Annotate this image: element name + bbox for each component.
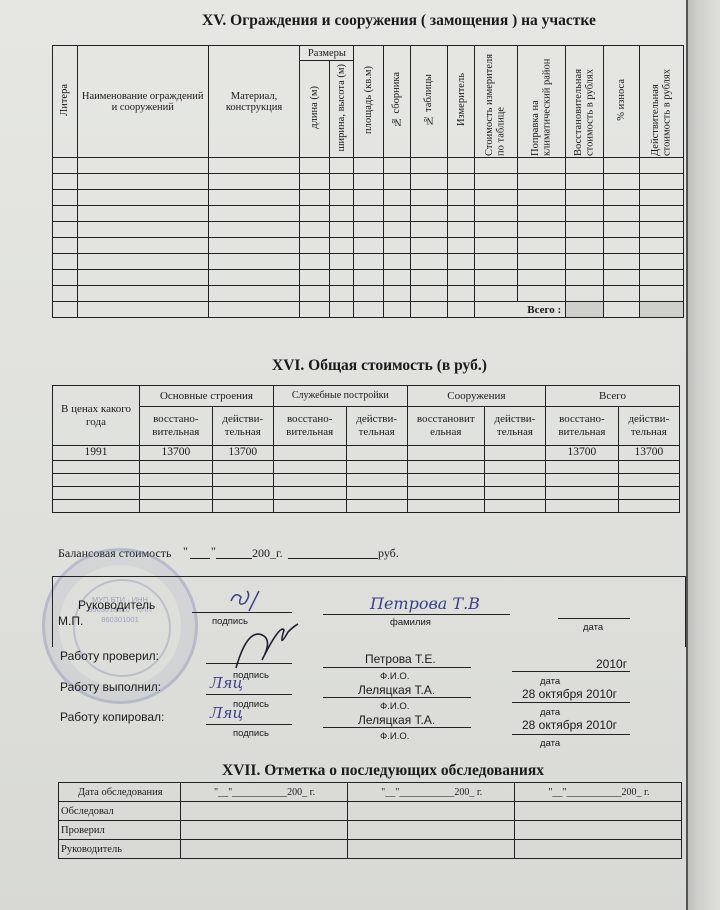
table-cell[interactable] — [566, 190, 604, 206]
table-cell[interactable] — [300, 174, 329, 190]
balance-month-field[interactable] — [216, 558, 252, 559]
table-cell[interactable] — [517, 270, 566, 286]
checked-date-line[interactable] — [512, 671, 630, 672]
checked-signature-line[interactable] — [206, 663, 292, 664]
table-row — [53, 487, 680, 500]
table-cell[interactable] — [639, 270, 683, 286]
cost-cell[interactable] — [346, 446, 407, 461]
header-meter-cost: Стоимость измерителя по таблице — [475, 46, 517, 158]
cost-cell[interactable] — [484, 461, 545, 474]
table-cell[interactable] — [448, 174, 475, 190]
balance-amount-field[interactable] — [288, 558, 378, 559]
table-cell[interactable] — [603, 270, 639, 286]
table-cell[interactable] — [329, 286, 354, 302]
cost-cell[interactable] — [618, 500, 679, 513]
table-cell[interactable] — [566, 254, 604, 270]
year-cell[interactable]: 1991 — [53, 446, 140, 461]
table-cell[interactable] — [53, 206, 78, 222]
table-cell[interactable] — [448, 158, 475, 174]
page-edge — [686, 0, 720, 910]
table-row — [53, 286, 684, 302]
table-cell[interactable] — [77, 270, 208, 286]
checked-cell-1[interactable] — [180, 821, 347, 840]
cost-cell[interactable] — [618, 474, 679, 487]
checked-fio-caption: Ф.И.О. — [380, 671, 409, 682]
table-cell[interactable] — [53, 254, 78, 270]
head-label: Руководитель — [78, 598, 155, 612]
table-cell[interactable] — [639, 222, 683, 238]
checked-cell-2[interactable] — [347, 821, 514, 840]
table-cell[interactable] — [354, 206, 383, 222]
cost-cell[interactable] — [273, 461, 346, 474]
table-cell[interactable] — [566, 206, 604, 222]
cost-cell[interactable]: 13700 — [618, 446, 679, 461]
checked-label: Работу проверил: — [60, 649, 159, 663]
row-label-head: Руководитель — [59, 840, 181, 859]
header-dimensions: Размеры — [300, 46, 354, 61]
cost-cell[interactable]: 13700 — [212, 446, 273, 461]
table-cell[interactable] — [475, 174, 517, 190]
table-cell[interactable] — [603, 190, 639, 206]
header-length: длина (м) — [300, 61, 329, 158]
checked-fio: Петрова Т.Е. — [365, 652, 436, 666]
table-cell[interactable] — [603, 206, 639, 222]
group-service-buildings: Служебные постройки — [273, 386, 407, 407]
table-cell[interactable] — [475, 270, 517, 286]
table-cell[interactable] — [77, 158, 208, 174]
table-cell[interactable] — [566, 174, 604, 190]
section-17-title: XVII. Отметка о последующих обследования… — [222, 762, 544, 780]
section-15-title: XV. Ограждения и сооружения ( замощения … — [202, 12, 596, 30]
table-cell[interactable] — [354, 190, 383, 206]
table-row — [53, 254, 684, 270]
table-cell[interactable] — [410, 238, 448, 254]
table-cell[interactable] — [448, 254, 475, 270]
table-cell[interactable] — [639, 190, 683, 206]
table-cell[interactable] — [639, 238, 683, 254]
group-total: Всего — [546, 386, 680, 407]
table-cell[interactable] — [566, 270, 604, 286]
table-cell[interactable] — [410, 254, 448, 270]
copied-fio-line[interactable] — [323, 727, 471, 728]
inspection-date-2[interactable]: "__"___________200_ г. — [347, 783, 514, 802]
total-wear-cell[interactable] — [603, 302, 639, 318]
table-cell[interactable] — [517, 158, 566, 174]
header-wear-percent: % износа — [603, 46, 639, 158]
header-material: Материал, конструкция — [208, 46, 300, 158]
table-cell[interactable] — [208, 254, 300, 270]
table-cell[interactable] — [383, 270, 410, 286]
table-cell[interactable] — [639, 174, 683, 190]
table-cell[interactable] — [475, 238, 517, 254]
cost-cell[interactable] — [484, 474, 545, 487]
cost-cell[interactable] — [407, 500, 484, 513]
table-cell[interactable] — [329, 270, 354, 286]
table-cell[interactable] — [603, 222, 639, 238]
cost-cell[interactable] — [140, 487, 213, 500]
table-cell[interactable] — [77, 222, 208, 238]
table-cell[interactable] — [475, 190, 517, 206]
table-cell[interactable] — [383, 254, 410, 270]
header-table-no: № таблицы — [410, 46, 448, 158]
year-cell[interactable] — [53, 461, 140, 474]
table-cell[interactable] — [448, 222, 475, 238]
table-cell[interactable] — [410, 206, 448, 222]
table-cell[interactable] — [77, 174, 208, 190]
cost-cell[interactable] — [140, 461, 213, 474]
cost-cell[interactable] — [407, 446, 484, 461]
table-cell[interactable] — [475, 222, 517, 238]
cost-cell[interactable] — [546, 474, 619, 487]
total-cost-table: В ценах какого года Основные строения Сл… — [52, 385, 680, 513]
table-cell[interactable] — [603, 174, 639, 190]
table-cell[interactable] — [448, 286, 475, 302]
table-row: 199113700137001370013700 — [53, 446, 680, 461]
table-row — [53, 158, 684, 174]
year-cell[interactable] — [53, 500, 140, 513]
fences-structures-table: Литера Наименование ограждений и сооруже… — [52, 45, 684, 318]
balance-day-field[interactable] — [190, 558, 210, 559]
copied-label: Работу копировал: — [60, 710, 164, 724]
table-cell[interactable] — [410, 174, 448, 190]
cost-cell[interactable] — [484, 500, 545, 513]
table-cell[interactable] — [475, 158, 517, 174]
copied-date-line[interactable] — [512, 734, 630, 735]
table-cell[interactable] — [410, 190, 448, 206]
table-cell[interactable] — [300, 190, 329, 206]
table-cell[interactable] — [603, 286, 639, 302]
cost-cell[interactable] — [346, 487, 407, 500]
table-row — [53, 190, 684, 206]
inspected-cell-3[interactable] — [514, 802, 681, 821]
cost-cell[interactable]: 13700 — [140, 446, 213, 461]
performed-date: 28 октября 2010г — [522, 687, 617, 701]
inspected-cell-1[interactable] — [180, 802, 347, 821]
table-cell[interactable] — [410, 222, 448, 238]
head-cell-3[interactable] — [514, 840, 681, 859]
checked-date-caption: дата — [540, 676, 560, 687]
cost-cell[interactable] — [273, 500, 346, 513]
table-cell[interactable] — [603, 254, 639, 270]
row-label-inspected: Обследовал — [59, 802, 181, 821]
table-cell[interactable] — [329, 222, 354, 238]
checked-fio-line[interactable] — [323, 667, 471, 668]
table-cell[interactable] — [53, 174, 78, 190]
cost-cell[interactable] — [618, 461, 679, 474]
table-cell[interactable] — [383, 222, 410, 238]
cost-cell[interactable] — [407, 487, 484, 500]
cost-cell[interactable] — [346, 500, 407, 513]
subheader-2: восстано-вительная — [273, 407, 346, 446]
cost-cell[interactable] — [407, 461, 484, 474]
table-row — [53, 238, 684, 254]
header-collection-no: № сборника — [383, 46, 410, 158]
copied-signature-caption: подпись — [233, 728, 269, 739]
table-cell[interactable] — [383, 238, 410, 254]
table-cell[interactable] — [383, 286, 410, 302]
performed-fio-line[interactable] — [323, 697, 471, 698]
cost-cell[interactable] — [618, 487, 679, 500]
table-cell[interactable] — [77, 238, 208, 254]
copied-date-caption: дата — [540, 738, 560, 749]
cost-cell[interactable] — [212, 500, 273, 513]
row-label-checked: Проверил — [59, 821, 181, 840]
cost-cell[interactable] — [346, 461, 407, 474]
table-cell[interactable] — [383, 174, 410, 190]
inspections-table: Дата обследования "__"___________200_ г.… — [58, 782, 682, 859]
table-cell[interactable] — [300, 222, 329, 238]
header-litera: Литера — [53, 46, 78, 158]
table-cell[interactable] — [639, 254, 683, 270]
inspection-date-3[interactable]: "__"___________200_ г. — [514, 783, 681, 802]
subheader-0: восстано-вительная — [140, 407, 213, 446]
table-cell[interactable] — [517, 222, 566, 238]
table-cell[interactable] — [300, 238, 329, 254]
cost-cell[interactable] — [273, 487, 346, 500]
table-cell[interactable] — [300, 286, 329, 302]
header-restoration-cost: Восстановительная стоимость в рублях — [566, 46, 604, 158]
table-cell[interactable] — [53, 238, 78, 254]
table-cell[interactable] — [517, 286, 566, 302]
subheader-6: восстано-вительная — [546, 407, 619, 446]
copied-fio: Леляцкая Т.А. — [358, 713, 435, 727]
table-cell[interactable] — [300, 206, 329, 222]
balance-quote-open: " — [183, 544, 188, 559]
group-structures: Сооружения — [407, 386, 545, 407]
subheader-1: действи-тельная — [212, 407, 273, 446]
head-cell-2[interactable] — [347, 840, 514, 859]
table-cell[interactable] — [383, 158, 410, 174]
checker-signature-scribble — [228, 620, 308, 672]
table-cell[interactable] — [383, 206, 410, 222]
performed-date-caption: дата — [540, 707, 560, 718]
header-climate-correction: Поправка на климатический район — [517, 46, 566, 158]
table-cell[interactable] — [354, 158, 383, 174]
table-cell[interactable] — [517, 206, 566, 222]
table-cell[interactable] — [448, 206, 475, 222]
cost-cell[interactable] — [212, 474, 273, 487]
copied-signature-line[interactable] — [206, 724, 292, 725]
year-cell[interactable] — [53, 487, 140, 500]
total-label: Всего : — [475, 302, 566, 318]
table-cell[interactable] — [300, 270, 329, 286]
table-cell[interactable] — [300, 254, 329, 270]
table-cell[interactable] — [208, 222, 300, 238]
performed-signature: Ляц — [210, 674, 243, 692]
table-cell[interactable] — [475, 254, 517, 270]
table-row — [53, 206, 684, 222]
cost-cell[interactable] — [140, 500, 213, 513]
table-cell[interactable] — [53, 270, 78, 286]
table-cell[interactable] — [383, 190, 410, 206]
table-row — [53, 174, 684, 190]
table-cell[interactable] — [475, 286, 517, 302]
copied-signature: Ляц — [210, 704, 243, 722]
table-cell[interactable] — [77, 206, 208, 222]
table-cell[interactable] — [208, 158, 300, 174]
cost-cell[interactable] — [273, 474, 346, 487]
performed-date-line[interactable] — [512, 702, 630, 703]
table-cell[interactable] — [566, 222, 604, 238]
cost-cell[interactable] — [273, 446, 346, 461]
subheader-5: действи-тельная — [484, 407, 545, 446]
table-cell[interactable] — [410, 158, 448, 174]
table-cell[interactable] — [329, 190, 354, 206]
copied-fio-caption: Ф.И.О. — [380, 731, 409, 742]
table-cell[interactable] — [354, 222, 383, 238]
head-surname-line[interactable] — [323, 614, 510, 615]
section-16-title: XVI. Общая стоимость (в руб.) — [272, 357, 487, 375]
head-signature-scribble — [225, 587, 265, 615]
table-cell[interactable] — [354, 270, 383, 286]
table-cell[interactable] — [208, 190, 300, 206]
checked-cell-3[interactable] — [514, 821, 681, 840]
table-cell[interactable] — [354, 238, 383, 254]
table-cell[interactable] — [208, 270, 300, 286]
table-cell[interactable] — [603, 238, 639, 254]
subheader-3: действи-тельная — [346, 407, 407, 446]
head-date-line[interactable] — [558, 618, 630, 619]
table-cell[interactable] — [517, 190, 566, 206]
table-cell[interactable] — [77, 190, 208, 206]
table-cell[interactable] — [517, 254, 566, 270]
table-cell[interactable] — [329, 158, 354, 174]
table-cell[interactable] — [208, 206, 300, 222]
performed-fio: Леляцкая Т.А. — [358, 683, 435, 697]
total-restoration-cell[interactable] — [566, 302, 604, 318]
table-cell[interactable] — [566, 158, 604, 174]
table-cell[interactable] — [410, 270, 448, 286]
header-actual-cost: Действительная стоимость в рублях — [639, 46, 683, 158]
table-cell[interactable] — [603, 158, 639, 174]
balance-currency: руб. — [378, 546, 399, 561]
group-main-buildings: Основные строения — [140, 386, 274, 407]
mp-label: М.П. — [58, 614, 83, 628]
copied-date: 28 октября 2010г — [522, 718, 617, 732]
table-row — [53, 500, 680, 513]
table-row — [53, 270, 684, 286]
date-header: Дата обследования — [59, 783, 181, 802]
table-cell[interactable] — [448, 190, 475, 206]
total-row: Всего : — [53, 302, 684, 318]
balance-quote-close: " — [211, 544, 216, 559]
header-area: площадь (кв.м) — [354, 46, 383, 158]
table-cell[interactable] — [354, 286, 383, 302]
table-cell[interactable] — [639, 206, 683, 222]
table-cell[interactable] — [77, 254, 208, 270]
performed-label: Работу выполнил: — [60, 680, 161, 694]
cost-cell[interactable] — [212, 487, 273, 500]
inspection-date-1[interactable]: "__"___________200_ г. — [180, 783, 347, 802]
performed-signature-line[interactable] — [206, 694, 292, 695]
table-row — [53, 222, 684, 238]
table-cell[interactable] — [329, 254, 354, 270]
table-cell[interactable] — [639, 286, 683, 302]
cost-cell[interactable] — [484, 446, 545, 461]
table-cell[interactable] — [53, 222, 78, 238]
surname-caption: фамилия — [390, 617, 431, 628]
table-cell[interactable] — [208, 286, 300, 302]
header-year: В ценах какого года — [53, 386, 140, 446]
table-cell[interactable] — [53, 158, 78, 174]
table-cell[interactable] — [448, 270, 475, 286]
table-cell[interactable] — [448, 238, 475, 254]
year-cell[interactable] — [53, 474, 140, 487]
header-meter: Измеритель — [448, 46, 475, 158]
head-cell-1[interactable] — [180, 840, 347, 859]
table-row — [53, 461, 680, 474]
table-cell[interactable] — [208, 174, 300, 190]
cost-cell[interactable] — [346, 474, 407, 487]
table-cell[interactable] — [354, 174, 383, 190]
subheader-7: действи-тельная — [618, 407, 679, 446]
cost-cell[interactable] — [407, 474, 484, 487]
head-date-caption: дата — [583, 622, 603, 633]
cost-cell[interactable] — [546, 500, 619, 513]
head-surname-handwritten: Петрова Т.В — [370, 594, 480, 613]
table-cell[interactable] — [208, 238, 300, 254]
cost-cell[interactable] — [546, 461, 619, 474]
performed-fio-caption: Ф.И.О. — [380, 701, 409, 712]
header-name: Наименование ограждений и сооружений — [77, 46, 208, 158]
table-cell[interactable] — [354, 254, 383, 270]
cost-cell[interactable] — [546, 487, 619, 500]
cost-cell[interactable] — [212, 461, 273, 474]
table-row — [53, 474, 680, 487]
cost-cell[interactable]: 13700 — [546, 446, 619, 461]
header-width-height: ширина, высота (м) — [329, 61, 354, 158]
table-cell[interactable] — [329, 206, 354, 222]
table-cell[interactable] — [77, 286, 208, 302]
table-cell[interactable] — [475, 206, 517, 222]
subheader-4: восстановит ельная — [407, 407, 484, 446]
table-cell[interactable] — [410, 286, 448, 302]
cost-cell[interactable] — [484, 487, 545, 500]
table-cell[interactable] — [53, 286, 78, 302]
cost-cell[interactable] — [140, 474, 213, 487]
table-cell[interactable] — [300, 158, 329, 174]
balance-year: 200_г. — [252, 546, 283, 561]
table-cell[interactable] — [639, 158, 683, 174]
table-cell[interactable] — [53, 190, 78, 206]
table-cell[interactable] — [566, 238, 604, 254]
table-cell[interactable] — [329, 238, 354, 254]
table-cell[interactable] — [329, 174, 354, 190]
table-cell[interactable] — [566, 286, 604, 302]
table-cell[interactable] — [517, 238, 566, 254]
table-cell[interactable] — [517, 174, 566, 190]
inspected-cell-2[interactable] — [347, 802, 514, 821]
total-actual-cell[interactable] — [639, 302, 683, 318]
checked-date: 2010г — [596, 657, 627, 671]
